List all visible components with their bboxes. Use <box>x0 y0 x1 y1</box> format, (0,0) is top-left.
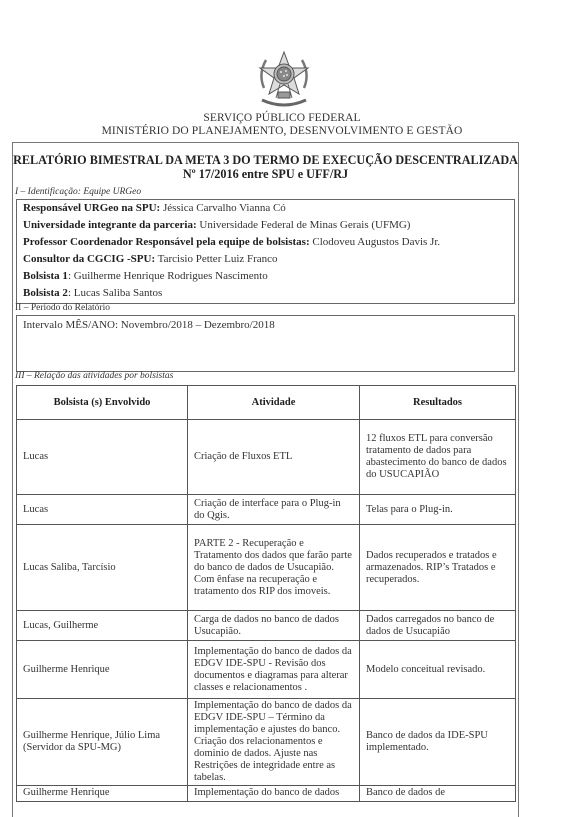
cell-resultados: Telas para o Plug-in. <box>360 495 516 525</box>
cell-atividade: Carga de dados no banco de dados Usucapi… <box>188 611 360 641</box>
cell-bolsista: Guilherme Henrique <box>17 786 188 802</box>
section-activities-label: III – Relação das atividades por bolsist… <box>15 371 173 381</box>
cell-resultados: 12 fluxos ETL para conversão tratamento … <box>360 420 516 495</box>
table-row: Lucas Criação de interface para o Plug-i… <box>17 495 516 525</box>
id-label: Universidade integrante da parceria: <box>23 219 197 231</box>
identification-box: Responsável URGeo na SPU: Jéssica Carval… <box>16 199 515 304</box>
table-row: Lucas, Guilherme Carga de dados no banco… <box>17 611 516 641</box>
cell-bolsista: Guilherme Henrique <box>17 641 188 699</box>
id-row-responsavel: Responsável URGeo na SPU: Jéssica Carval… <box>23 202 286 214</box>
table-row: Guilherme Henrique Implementação do banc… <box>17 786 516 802</box>
id-label: Consultor da CGCIG -SPU: <box>23 253 155 265</box>
coat-of-arms-icon <box>254 48 314 114</box>
report-subtitle: Nº 17/2016 entre SPU e UFF/RJ <box>13 167 518 182</box>
id-row-universidade: Universidade integrante da parceria: Uni… <box>23 219 410 231</box>
id-value: : Guilherme Henrique Rodrigues Nasciment… <box>68 270 268 282</box>
cell-atividade: Criação de interface para o Plug-in do Q… <box>188 495 360 525</box>
column-header-resultados: Resultados <box>360 386 516 420</box>
cell-atividade: Criação de Fluxos ETL <box>188 420 360 495</box>
cell-resultados: Dados carregados no banco de dados de Us… <box>360 611 516 641</box>
cell-resultados: Banco de dados da IDE-SPU implementado. <box>360 699 516 786</box>
id-row-consultor: Consultor da CGCIG -SPU: Tarcisio Petter… <box>23 253 278 265</box>
id-label: Bolsista 2 <box>23 287 68 299</box>
cell-bolsista: Guilherme Henrique, Júlio Lima (Servidor… <box>17 699 188 786</box>
header-ministry-line: MINISTÉRIO DO PLANEJAMENTO, DESENVOLVIME… <box>0 125 564 137</box>
id-value: Clodoveu Augustos Davis Jr. <box>310 236 440 248</box>
table-header-row: Bolsista (s) Envolvido Atividade Resulta… <box>17 386 516 420</box>
section-identification-label: I – Identificação: Equipe URGeo <box>15 187 141 197</box>
cell-atividade: Implementação do banco de dados <box>188 786 360 802</box>
report-title: RELATÓRIO BIMESTRAL DA META 3 DO TERMO D… <box>13 153 518 168</box>
cell-bolsista: Lucas, Guilherme <box>17 611 188 641</box>
id-label: Bolsista 1 <box>23 270 68 282</box>
cell-bolsista: Lucas <box>17 420 188 495</box>
cell-resultados: Dados recuperados e tratados e armazenad… <box>360 525 516 611</box>
column-header-atividade: Atividade <box>188 386 360 420</box>
table-row: Lucas Saliba, Tarcísio PARTE 2 - Recuper… <box>17 525 516 611</box>
id-value: Tarcisio Petter Luiz Franco <box>155 253 277 265</box>
report-frame: RELATÓRIO BIMESTRAL DA META 3 DO TERMO D… <box>12 142 519 817</box>
cell-bolsista: Lucas Saliba, Tarcísio <box>17 525 188 611</box>
cell-atividade: PARTE 2 - Recuperação e Tratamento dos d… <box>188 525 360 611</box>
cell-atividade: Implementação do banco de dados da EDGV … <box>188 641 360 699</box>
table-row: Guilherme Henrique Implementação do banc… <box>17 641 516 699</box>
id-row-bolsista-2: Bolsista 2: Lucas Saliba Santos <box>23 287 162 299</box>
column-header-bolsista: Bolsista (s) Envolvido <box>17 386 188 420</box>
cell-resultados: Banco de dados de <box>360 786 516 802</box>
cell-atividade: Implementação do banco de dados da EDGV … <box>188 699 360 786</box>
activities-table: Bolsista (s) Envolvido Atividade Resulta… <box>16 385 516 802</box>
period-interval: Intervalo MÊS/ANO: Novembro/2018 – Dezem… <box>23 319 275 331</box>
id-label: Responsável URGeo na SPU: <box>23 202 160 214</box>
id-row-coordenador: Professor Coordenador Responsável pela e… <box>23 236 440 248</box>
period-box: Intervalo MÊS/ANO: Novembro/2018 – Dezem… <box>16 315 515 372</box>
cell-bolsista: Lucas <box>17 495 188 525</box>
table-row: Guilherme Henrique, Júlio Lima (Servidor… <box>17 699 516 786</box>
cell-resultados: Modelo conceitual revisado. <box>360 641 516 699</box>
header-service-line: SERVIÇO PÚBLICO FEDERAL <box>0 112 564 124</box>
id-row-bolsista-1: Bolsista 1: Guilherme Henrique Rodrigues… <box>23 270 268 282</box>
id-value: Universidade Federal de Minas Gerais (UF… <box>197 219 411 231</box>
section-period-label: II – Período do Relatório <box>15 303 110 313</box>
id-value: : Lucas Saliba Santos <box>68 287 162 299</box>
table-row: Lucas Criação de Fluxos ETL 12 fluxos ET… <box>17 420 516 495</box>
id-label: Professor Coordenador Responsável pela e… <box>23 236 310 248</box>
id-value: Jéssica Carvalho Vianna Có <box>160 202 286 214</box>
